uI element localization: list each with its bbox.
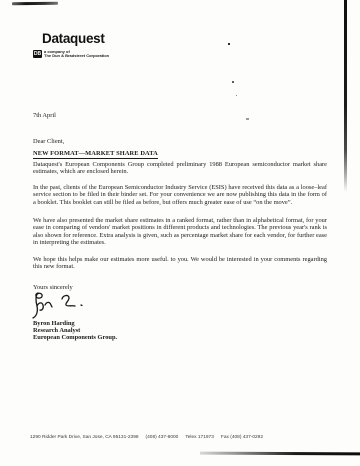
scan-artifact-speck [236,95,237,96]
dun-bradstreet-logo-icon: DB [33,50,42,58]
body-paragraph-2: In the past, clients of the European Sem… [33,184,327,206]
scan-artifact-speck [228,43,230,45]
scan-artifact-bottom-streak [200,452,360,456]
footer-phone: (408) 437-8000 [146,435,179,440]
salutation: Dear Client, [33,138,327,145]
letterhead-footer: 1290 Ridder Park Drive, San Jose, CA 951… [30,435,350,440]
affiliation-line2: The Dun & Bradstreet Corporation [44,54,109,58]
scan-artifact-top-streak [12,2,58,5]
footer-address: 1290 Ridder Park Drive, San Jose, CA 951… [30,435,139,440]
signatory-org: European Components Group. [33,335,117,342]
body-paragraph-4: We hope this helps make our estimates mo… [33,256,327,271]
footer-fax: Fax (408) 437-0292 [221,435,263,440]
body-paragraph-1: Dataquest's European Components Group co… [33,161,327,176]
dataquest-logo: Dataquest [42,31,105,46]
signature-scrawl-icon [29,290,95,322]
scanned-letter-page: Dataquest DB a company of The Dun & Brad… [0,0,360,466]
scan-artifact-speck [232,81,234,83]
affiliation-block: DB a company of The Dun & Bradstreet Cor… [33,50,109,59]
subject-line: NEW FORMAT—MARKET SHARE DATA [33,150,327,157]
signature-block: Byron Harding Research Analyst European … [33,321,117,341]
letter-date: 7th April [33,112,327,119]
subject-text: NEW FORMAT—MARKET SHARE DATA [33,150,158,159]
body-paragraph-3: We have also presented the market share … [33,217,327,246]
affiliation-text: a company of The Dun & Bradstreet Corpor… [44,50,109,59]
footer-telex: Telex 171973 [185,435,214,440]
scan-artifact-right-streak [344,0,347,192]
